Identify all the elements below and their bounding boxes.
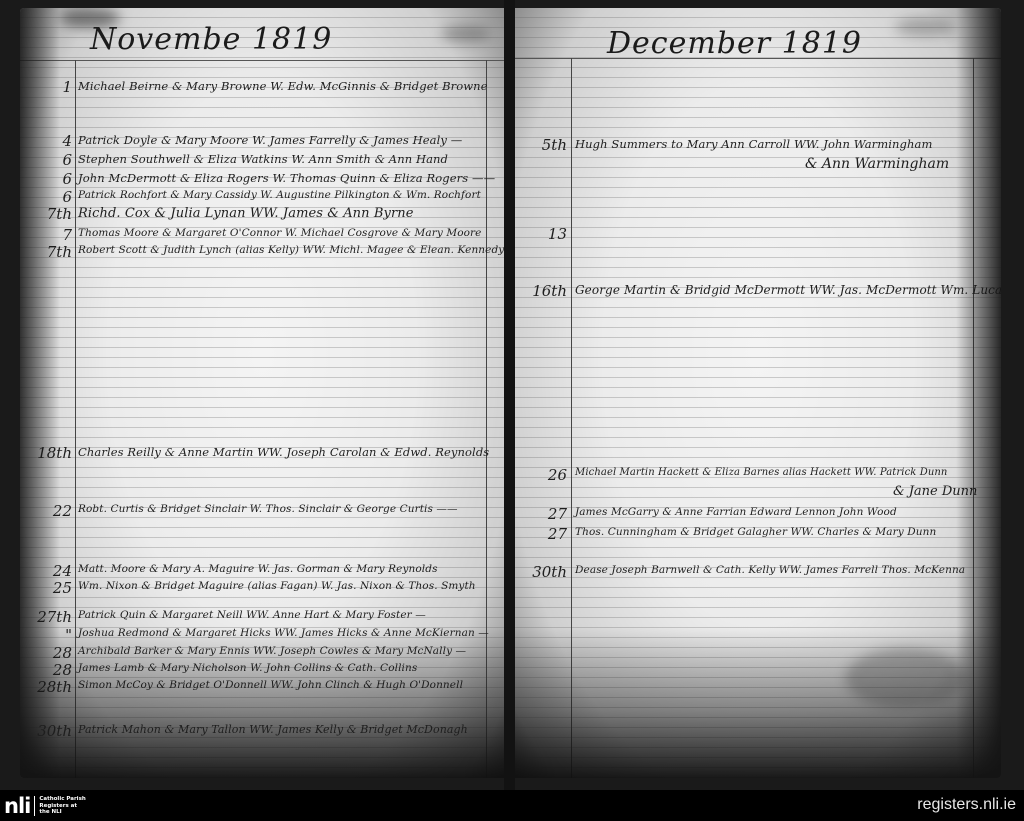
entry-day: 25: [20, 579, 72, 597]
header-rule: [515, 58, 1001, 59]
entry-text: Thomas Moore & Margaret O'Connor W. Mich…: [78, 227, 482, 239]
entry-day: 30th: [20, 722, 72, 740]
entry-day: 13: [515, 225, 567, 243]
entry-text: Stephen Southwell & Eliza Watkins W. Ann…: [78, 152, 448, 166]
site-url-link[interactable]: registers.nli.ie: [917, 796, 1016, 814]
left-page-november: Novembe 1819 1 Michael Beirne & Mary Bro…: [20, 8, 504, 778]
ink-smudge: [895, 18, 955, 36]
right-page-december: December 1819 5th Hugh Summers to Mary A…: [515, 8, 1001, 778]
nli-logo-mark: nli: [4, 796, 30, 817]
entry-day: 7th: [20, 243, 72, 261]
entry-continuation: & Ann Warmingham: [805, 156, 949, 172]
entry-text: Robt. Curtis & Bridget Sinclair W. Thos.…: [78, 503, 458, 515]
entry-day: ": [20, 626, 72, 644]
nli-logo[interactable]: nli Catholic Parish Registers at the NLI: [4, 794, 86, 818]
entry-text: Patrick Quin & Margaret Neill WW. Anne H…: [78, 609, 426, 621]
entry-text: James McGarry & Anne Farrian Edward Lenn…: [575, 506, 897, 518]
entry-text: Matt. Moore & Mary A. Maguire W. Jas. Go…: [78, 563, 438, 575]
entry-day: 24: [20, 562, 72, 580]
entry-text: James Lamb & Mary Nicholson W. John Coll…: [78, 662, 417, 674]
entry-day: 7th: [20, 205, 72, 223]
entry-day: 27: [515, 505, 567, 523]
register-image-viewer: Novembe 1819 1 Michael Beirne & Mary Bro…: [0, 0, 1024, 790]
entry-day: 28: [20, 661, 72, 679]
entry-day: 22: [20, 502, 72, 520]
entry-day: 27th: [20, 608, 72, 626]
entry-text: Joshua Redmond & Margaret Hicks WW. Jame…: [78, 627, 489, 639]
entry-day: 16th: [515, 282, 567, 300]
right-margin-rule: [973, 58, 974, 778]
ink-smudge: [845, 648, 965, 708]
entry-text: Simon McCoy & Bridget O'Donnell WW. John…: [78, 679, 463, 691]
entry-text: Dease Joseph Barnwell & Cath. Kelly WW. …: [575, 564, 965, 576]
book-gutter: [504, 0, 515, 790]
logo-caption-line: the NLI: [39, 809, 85, 816]
entry-day: 28: [20, 644, 72, 662]
entry-text: Robert Scott & Judith Lynch (alias Kelly…: [78, 244, 504, 256]
logo-caption-line: Catholic Parish: [39, 796, 85, 803]
entry-text: Thos. Cunningham & Bridget Galagher WW. …: [575, 526, 936, 538]
ink-smudge: [440, 26, 490, 42]
entry-continuation: & Jane Dunn: [893, 484, 977, 499]
entry-text: Hugh Summers to Mary Ann Carroll WW. Joh…: [575, 137, 933, 151]
entry-text: John McDermott & Eliza Rogers W. Thomas …: [78, 171, 495, 185]
entry-day: 26: [515, 466, 567, 484]
entry-day: 30th: [515, 563, 567, 581]
entry-day: 1: [20, 78, 72, 96]
month-heading: Novembe 1819: [90, 22, 332, 57]
footer-bar: nli Catholic Parish Registers at the NLI…: [0, 790, 1024, 821]
entry-day: 7: [20, 226, 72, 244]
entry-day: 6: [20, 188, 72, 206]
entry-text: Patrick Doyle & Mary Moore W. James Farr…: [78, 133, 462, 147]
logo-caption: Catholic Parish Registers at the NLI: [39, 796, 85, 816]
entry-day: 18th: [20, 444, 72, 462]
entry-text: Charles Reilly & Anne Martin WW. Joseph …: [78, 445, 489, 459]
right-margin-rule: [486, 60, 487, 778]
entry-text: Michael Martin Hackett & Eliza Barnes al…: [575, 467, 947, 478]
entry-day: 4: [20, 132, 72, 150]
entry-day: 27: [515, 525, 567, 543]
header-rule: [20, 60, 504, 61]
entry-text: Wm. Nixon & Bridget Maguire (alias Fagan…: [78, 580, 476, 592]
date-column-rule: [571, 58, 572, 778]
entry-text: Archibald Barker & Mary Ennis WW. Joseph…: [78, 645, 466, 657]
entry-day: 28th: [20, 678, 72, 696]
entry-day: 6: [20, 170, 72, 188]
entry-text: Michael Beirne & Mary Browne W. Edw. McG…: [78, 79, 488, 93]
entry-text: Patrick Mahon & Mary Tallon WW. James Ke…: [78, 723, 468, 736]
month-heading: December 1819: [607, 26, 862, 61]
entry-text: George Martin & Bridgid McDermott WW. Ja…: [575, 283, 1001, 297]
entry-text: Patrick Rochfort & Mary Cassidy W. Augus…: [78, 189, 481, 201]
entry-day: 6: [20, 151, 72, 169]
entry-text: Richd. Cox & Julia Lynan WW. James & Ann…: [78, 206, 414, 221]
logo-divider: [34, 796, 35, 816]
entry-day: 5th: [515, 136, 567, 154]
date-column-rule: [75, 60, 76, 778]
